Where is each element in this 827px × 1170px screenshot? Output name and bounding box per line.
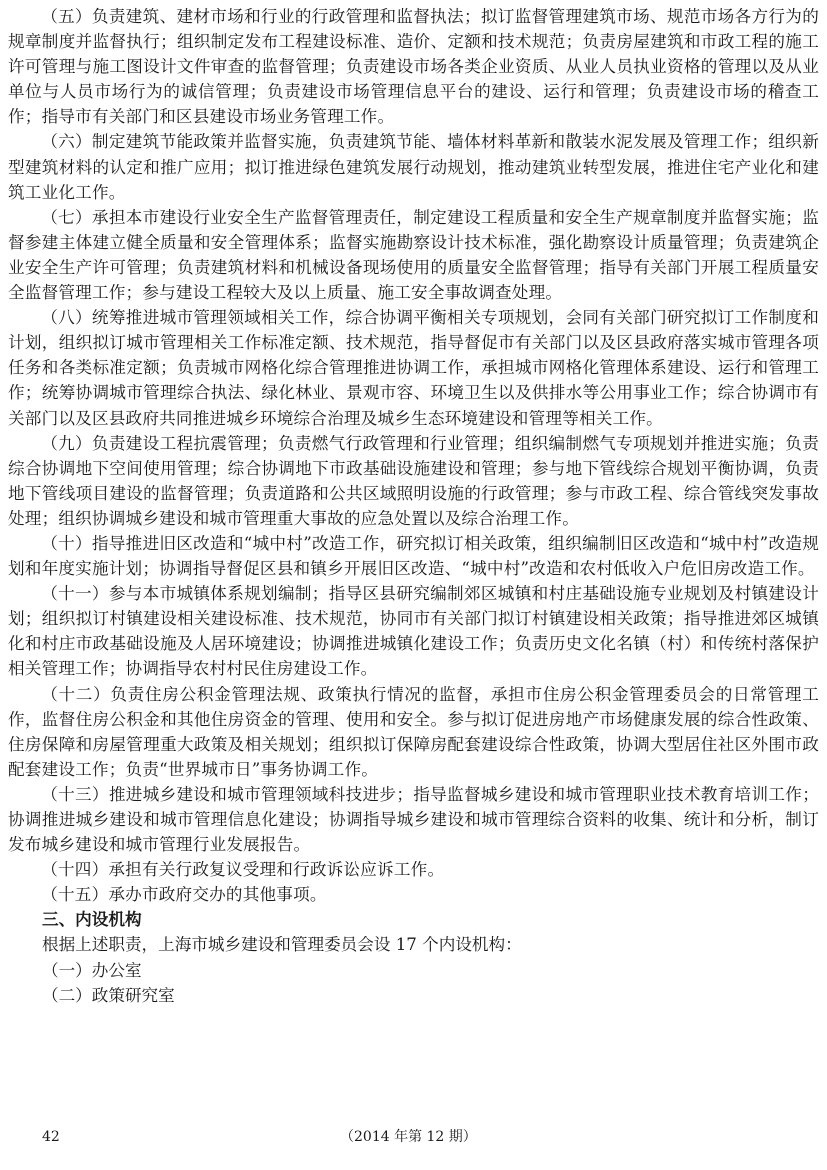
issue-label: （2014 年第 12 期） [340,1125,477,1149]
paragraph-item-7: （七）承担本市建设行业安全生产监督管理责任，制定建设工程质量和安全生产规章制度并… [8,205,819,305]
paragraph-item-9: （九）负责建设工程抗震管理；负责燃气行政管理和行业管理；组织编制燃气专项规划并推… [8,431,819,531]
section-intro: 根据上述职责，上海市城乡建设和管理委员会设 17 个内设机构： [8,932,819,957]
paragraph-item-14: （十四）承担有关行政复议受理和行政诉讼应诉工作。 [8,857,819,882]
paragraph-item-12: （十二）负责住房公积金管理法规、政策执行情况的监督，承担市住房公积金管理委员会的… [8,682,819,782]
page-number: 42 [42,1125,60,1149]
institution-item: （一）办公室 [8,958,819,983]
page-footer: 42 （2014 年第 12 期） [0,1125,827,1149]
paragraph-item-13: （十三）推进城乡建设和城市管理领域科技进步；指导监督城乡建设和城市管理职业技术教… [8,782,819,857]
document-page: （五）负责建筑、建材市场和行业的行政管理和监督执法；拟订监督管理建筑市场、规范市… [8,4,819,1008]
paragraph-item-11: （十一）参与本市城镇体系规划编制；指导区县研究编制郊区城镇和村庄基础设施专业规划… [8,581,819,681]
paragraph-item-8: （八）统筹推进城市管理领域相关工作，综合协调平衡相关专项规划，会同有关部门研究拟… [8,305,819,430]
institution-item: （二）政策研究室 [8,983,819,1008]
paragraph-item-5: （五）负责建筑、建材市场和行业的行政管理和监督执法；拟订监督管理建筑市场、规范市… [8,4,819,129]
paragraph-item-15: （十五）承办市政府交办的其他事项。 [8,882,819,907]
section-heading: 三、内设机构 [8,907,819,932]
paragraph-item-6: （六）制定建筑节能政策并监督实施，负责建筑节能、墙体材料革新和散装水泥发展及管理… [8,129,819,204]
paragraph-item-10: （十）指导推进旧区改造和“城中村”改造工作，研究拟订相关政策，组织编制旧区改造和… [8,531,819,581]
